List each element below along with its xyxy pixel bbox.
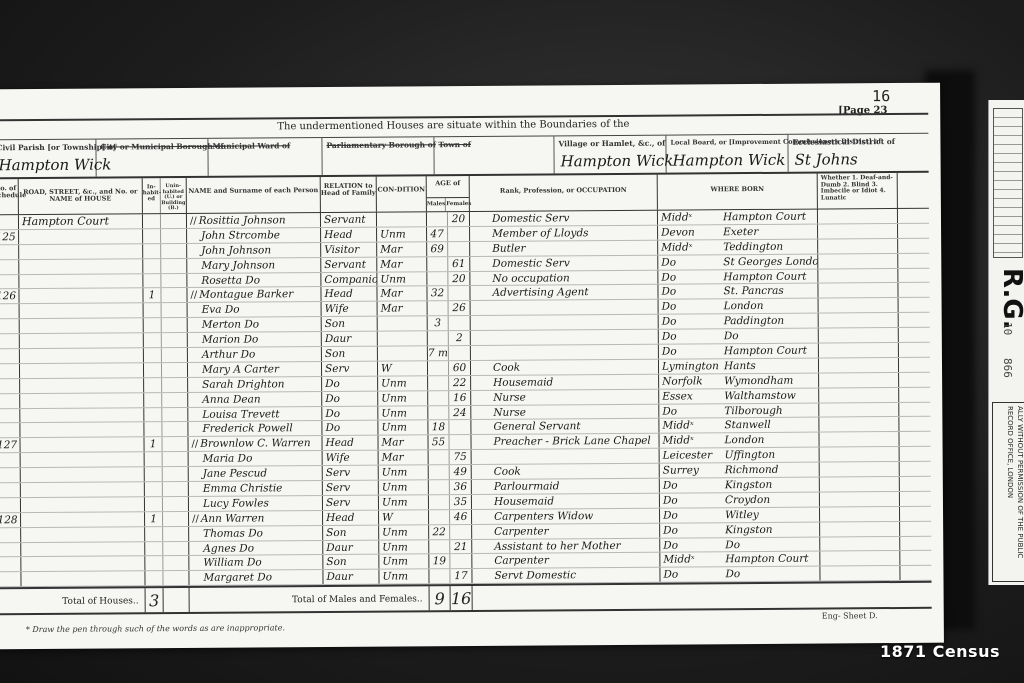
male-age-cell: 22	[429, 525, 450, 539]
name-cell: Merton Do	[188, 317, 322, 332]
male-age-cell: 3	[428, 316, 449, 330]
condition-cell: W	[379, 510, 429, 524]
total-houses-label-cell: Total of Houses..	[0, 588, 146, 613]
born-place: Kingston	[725, 479, 772, 491]
infirmity-cell	[820, 522, 900, 536]
occupation-cell: Nurse	[471, 389, 659, 404]
header-ecclesiastical-district: Ecclesiastical District of St Johns	[788, 134, 928, 172]
inhabited-cell: 1	[143, 289, 161, 303]
infirmity-cell	[818, 239, 898, 253]
schedule-cell: 128	[0, 513, 21, 527]
uninhabited-cell	[162, 408, 188, 422]
born-county: Essex	[662, 389, 724, 403]
name-cell: Thomas Do	[189, 526, 323, 541]
female-age-cell: 20	[448, 272, 470, 286]
blank-cell	[899, 402, 930, 416]
where-born-cell: DoTilborough	[659, 403, 819, 418]
blank-cell	[899, 373, 930, 387]
condition-cell: Unm	[377, 227, 427, 241]
schedule-cell	[0, 215, 19, 229]
occupation-cell: Assistant to her Mother	[472, 538, 660, 553]
born-place: Hampton Court	[725, 553, 808, 566]
occupation-cell	[471, 330, 659, 345]
condition-cell: Unm	[379, 480, 429, 494]
totals-row: Total of Houses.. 3 Total of Males and F…	[0, 581, 932, 616]
infirmity-cell	[820, 566, 900, 580]
household-divider-mark: //	[190, 290, 197, 301]
name-cell: William Do	[189, 555, 323, 570]
name-cell: Arthur Do	[188, 347, 322, 362]
total-persons-label-cell: Total of Males and Females..	[190, 586, 430, 612]
uninhabited-cell	[162, 318, 188, 332]
condition-cell	[378, 331, 428, 345]
condition-cell: Unm	[378, 391, 428, 405]
born-place: St Georges London	[723, 255, 818, 268]
female-age-cell	[450, 554, 472, 568]
where-born-cell: DoDo	[660, 537, 820, 552]
occupation-cell: Cook	[472, 464, 660, 479]
boundary-title: The undermentioned Houses are situate wi…	[277, 119, 629, 132]
schedule-cell	[0, 528, 21, 542]
relation-cell: Companion	[321, 272, 377, 286]
inhabited-cell	[145, 542, 163, 556]
road-cell	[19, 244, 143, 259]
where-born-cell: DoHampton Court	[658, 269, 818, 284]
schedule-cell	[0, 394, 20, 408]
where-born-cell: DoDo	[660, 567, 820, 582]
total-uninhabited	[164, 588, 190, 612]
blank-cell	[899, 298, 930, 312]
male-age-cell: 32	[427, 287, 448, 301]
female-age-cell: 61	[448, 257, 470, 271]
female-age-cell: 22	[449, 376, 471, 390]
condition-cell: Unm	[379, 570, 429, 584]
col-schedule: No. of Schedule	[0, 179, 19, 214]
road-cell	[21, 482, 145, 497]
road-cell	[21, 467, 145, 482]
inhabited-cell	[143, 244, 161, 258]
schedule-cell	[0, 543, 21, 557]
road-cell	[21, 572, 145, 587]
occupation-cell: Domestic Serv	[470, 211, 658, 226]
condition-cell: Unm	[378, 421, 428, 435]
schedule-cell	[0, 483, 21, 497]
relation-cell: Son	[322, 347, 378, 361]
relation-cell: Head	[322, 436, 378, 450]
female-age-cell	[449, 316, 471, 330]
schedule-cell	[0, 364, 20, 378]
uninhabited-cell	[162, 303, 188, 317]
born-county: Do	[663, 538, 725, 552]
road-cell: Hampton Court	[19, 214, 143, 229]
col-relation: RELATION to Head of Family	[321, 177, 377, 212]
road-cell	[21, 557, 145, 572]
blank-cell	[900, 566, 931, 580]
blank-cell	[900, 462, 931, 476]
relation-cell: Head	[321, 287, 377, 301]
col-inhabited: In-habit-ed	[143, 178, 161, 213]
blank-cell	[900, 536, 931, 550]
total-males: 9	[430, 586, 451, 610]
road-cell	[20, 378, 144, 393]
name-cell: //Montague Barker	[187, 287, 321, 302]
schedule-cell	[0, 453, 21, 467]
where-born-cell: MiddˣHampton Court	[660, 552, 820, 567]
header-local-board: Local Board, or [Improvement Commissione…	[666, 135, 788, 173]
occupation-cell: Cook	[471, 360, 659, 375]
born-county: Middˣ	[661, 240, 723, 254]
col-name: NAME and Surname of each Person	[187, 177, 321, 213]
relation-cell: Wife	[323, 451, 379, 465]
female-age-cell: 20	[448, 212, 470, 226]
female-age-cell: 49	[450, 465, 472, 479]
infirmity-cell	[819, 298, 899, 312]
road-cell	[19, 259, 143, 274]
condition-cell: Mar	[378, 436, 428, 450]
schedule-cell	[0, 319, 20, 333]
born-place: Do	[725, 539, 740, 551]
uninhabited-cell	[163, 556, 189, 570]
condition-cell: Mar	[377, 287, 427, 301]
male-age-cell	[427, 257, 448, 271]
road-cell	[21, 497, 145, 512]
male-age-cell: 18	[428, 421, 449, 435]
name-cell: Frederick Powell	[188, 421, 322, 436]
blank-cell	[898, 224, 929, 238]
inhabited-cell	[143, 259, 161, 273]
male-age-cell: 47	[427, 227, 448, 241]
condition-cell: Unm	[379, 465, 429, 479]
inhabited-cell	[143, 214, 161, 228]
location-header: Civil Parish [or Township] of Hampton Wi…	[0, 133, 929, 180]
name-cell: Jane Pescud	[189, 466, 323, 481]
condition-cell: Unm	[379, 540, 429, 554]
name-cell: Mary Johnson	[187, 258, 321, 273]
road-cell	[20, 333, 144, 348]
reference-class: 10	[1001, 322, 1014, 335]
schedule-cell	[0, 572, 22, 586]
male-age-cell	[429, 480, 450, 494]
born-place: Tilborough	[724, 404, 782, 416]
occupation-cell	[471, 300, 659, 315]
male-age-cell	[428, 301, 449, 315]
schedule-cell	[0, 304, 20, 318]
col-age: AGE of Males Females	[427, 176, 470, 211]
born-place: Do	[725, 568, 740, 580]
where-born-cell: DoHampton Court	[659, 344, 819, 359]
name-cell: Emma Christie	[189, 481, 323, 496]
male-age-cell: 55	[428, 435, 449, 449]
condition-cell: Unm	[378, 376, 428, 390]
where-born-cell: DoDo	[659, 329, 819, 344]
infirmity-cell	[820, 447, 900, 461]
born-place: Paddington	[724, 315, 785, 327]
born-county: Do	[661, 285, 723, 299]
born-county: Do	[662, 329, 724, 343]
schedule-cell	[0, 275, 19, 289]
occupation-cell: Advertising Agent	[470, 285, 658, 300]
infirmity-cell	[818, 254, 898, 268]
born-place: Croydon	[725, 494, 770, 506]
infirmity-cell	[818, 283, 898, 297]
name-cell: Anna Dean	[188, 392, 322, 407]
occupation-cell: Nurse	[471, 404, 659, 419]
female-age-cell	[449, 346, 471, 360]
occupation-cell: Preacher - Brick Lane Chapel	[471, 434, 659, 449]
name-cell: John Johnson	[187, 243, 321, 258]
infirmity-cell	[820, 477, 900, 491]
condition-cell: Mar	[377, 257, 427, 271]
schedule-cell	[0, 334, 20, 348]
header-village: Village or Hamlet, &c., of Hampton Wick	[554, 136, 666, 174]
occupation-cell: Housemaid	[472, 494, 660, 509]
where-born-cell: DoSt. Pancras	[658, 284, 818, 299]
name-cell: Maria Do	[189, 451, 323, 466]
uninhabited-cell	[161, 244, 187, 258]
col-occupation: Rank, Profession, or OCCUPATION	[470, 175, 658, 211]
inhabited-cell	[144, 363, 162, 377]
schedule-cell	[0, 498, 21, 512]
male-age-cell	[428, 361, 449, 375]
male-age-cell	[428, 406, 449, 420]
born-county: Lymington	[662, 359, 724, 373]
uninhabited-cell	[163, 512, 189, 526]
relation-cell: Servant	[321, 257, 377, 271]
blank-cell	[899, 358, 930, 372]
header-parliamentary-borough: Parliamentary Borough of	[322, 137, 434, 175]
road-cell	[21, 527, 145, 542]
condition-cell: Unm	[377, 272, 427, 286]
female-age-cell: 16	[449, 391, 471, 405]
born-county: Do	[662, 404, 724, 418]
born-county: Middˣ	[661, 210, 723, 224]
inhabited-cell	[145, 557, 163, 571]
uninhabited-cell	[161, 274, 187, 288]
female-age-cell	[449, 420, 471, 434]
uninhabited-cell	[162, 393, 188, 407]
born-county: Middˣ	[662, 434, 724, 448]
female-age-cell: 46	[450, 510, 472, 524]
name-cell: Sarah Drighton	[188, 377, 322, 392]
born-county: Do	[662, 300, 724, 314]
schedule-cell	[0, 424, 20, 438]
where-born-cell: DoWitley	[660, 507, 820, 522]
occupation-cell	[471, 315, 659, 330]
male-age-cell	[429, 495, 450, 509]
where-born-cell: DoKingston	[660, 478, 820, 493]
blank-cell	[900, 492, 931, 506]
infirmity-cell	[819, 328, 899, 342]
relation-cell: Serv	[323, 481, 379, 495]
road-cell	[21, 512, 145, 527]
relation-cell: Serv	[323, 466, 379, 480]
total-persons-label: Total of Males and Females..	[292, 594, 423, 605]
relation-cell: Son	[322, 317, 378, 331]
header-municipal-borough: City or Municipal Borough of	[96, 139, 208, 177]
name-cell: Agnes Do	[189, 541, 323, 556]
born-place: Teddington	[723, 241, 783, 253]
where-born-cell: MiddˣStanwell	[659, 418, 819, 433]
male-age-cell	[428, 331, 449, 345]
female-age-cell: 17	[450, 569, 472, 583]
relation-cell: Son	[323, 555, 379, 569]
schedule-cell	[0, 558, 21, 572]
born-place: London	[724, 434, 764, 446]
uninhabited-cell	[162, 348, 188, 362]
name-cell: Marion Do	[188, 332, 322, 347]
male-age-cell	[429, 450, 450, 464]
occupation-cell: Carpenter	[472, 553, 660, 568]
condition-cell: Unm	[379, 495, 429, 509]
uninhabited-cell	[163, 452, 189, 466]
inhabited-cell	[145, 452, 163, 466]
born-county: Do	[663, 478, 725, 492]
uninhabited-cell	[161, 259, 187, 273]
infirmity-cell	[819, 432, 899, 446]
male-age-cell	[429, 570, 450, 584]
road-cell	[19, 229, 143, 244]
relation-cell: Do	[322, 376, 378, 390]
infirmity-cell	[820, 492, 900, 506]
inhabited-cell	[145, 467, 163, 481]
infirmity-cell	[820, 507, 900, 521]
male-age-cell: 19	[429, 555, 450, 569]
schedule-cell	[0, 260, 19, 274]
inhabited-cell	[143, 274, 161, 288]
road-cell	[20, 423, 144, 438]
sheet-id: Eng- Sheet D.	[822, 611, 878, 620]
col-where-born: WHERE BORN	[658, 174, 818, 210]
born-place: Richmond	[725, 464, 779, 476]
schedule-cell: 127	[0, 438, 21, 452]
infirmity-cell	[819, 388, 899, 402]
female-age-cell: 35	[450, 495, 472, 509]
header-town: Town of	[434, 136, 554, 174]
total-blank	[473, 583, 932, 610]
schedule-cell	[0, 245, 19, 259]
male-age-cell	[429, 510, 450, 524]
road-cell	[20, 348, 144, 363]
inhabited-cell	[144, 423, 162, 437]
female-age-cell	[450, 525, 472, 539]
name-cell: John Strcombe	[187, 228, 321, 243]
condition-cell: Mar	[379, 451, 429, 465]
where-born-cell: SurreyRichmond	[660, 463, 820, 478]
born-county: Devon	[661, 225, 723, 239]
condition-cell	[377, 212, 427, 226]
road-cell	[20, 363, 144, 378]
where-born-cell: LymingtonHants	[659, 358, 819, 373]
female-age-cell: 26	[449, 301, 471, 315]
census-rows: Hampton Court//Rosittia JohnsonServant20…	[0, 209, 932, 588]
female-age-cell: 24	[449, 406, 471, 420]
inhabited-cell	[143, 229, 161, 243]
total-houses-value: 3	[146, 588, 164, 612]
road-cell	[19, 274, 143, 289]
female-age-cell	[448, 242, 470, 256]
uninhabited-cell	[161, 229, 187, 243]
born-place: Wymondham	[724, 375, 793, 387]
where-born-cell: MiddˣHampton Court	[658, 210, 818, 225]
uninhabited-cell	[161, 288, 187, 302]
female-age-cell	[448, 227, 470, 241]
where-born-cell: DoKingston	[660, 522, 820, 537]
born-county: Norfolk	[662, 374, 724, 388]
relation-cell: Do	[322, 421, 378, 435]
occupation-cell: Member of Lloyds	[470, 226, 658, 241]
uninhabited-cell	[162, 333, 188, 347]
infirmity-cell	[819, 403, 899, 417]
inhabited-cell: 1	[145, 512, 163, 526]
uninhabited-cell	[162, 378, 188, 392]
condition-cell	[378, 346, 428, 360]
header-municipal-ward: Municipal Ward of	[208, 138, 322, 176]
male-age-cell: 7 mo	[428, 346, 449, 360]
born-county: Do	[663, 508, 725, 522]
col-age-label: AGE of	[427, 176, 469, 198]
uninhabited-cell	[163, 467, 189, 481]
born-place: St. Pancras	[723, 285, 783, 297]
where-born-cell: EssexWalthamstow	[659, 388, 819, 403]
name-cell: Rosetta Do	[187, 273, 321, 288]
born-county: Do	[663, 568, 725, 582]
infirmity-cell	[820, 462, 900, 476]
inhabited-cell	[145, 572, 163, 586]
road-cell	[20, 438, 144, 453]
relation-cell: Daur	[323, 570, 379, 584]
uninhabited-cell	[161, 214, 187, 228]
blank-cell	[900, 507, 931, 521]
female-age-cell: 2	[449, 331, 471, 345]
name-cell: Lucy Fowles	[189, 496, 323, 511]
occupation-cell: Carpenter	[472, 523, 660, 538]
born-county: Middˣ	[662, 419, 724, 433]
born-county: Do	[662, 314, 724, 328]
col-uninhabited: Unin-habited (U.) or Building (B.)	[161, 178, 187, 213]
col-males: Males	[427, 198, 446, 211]
schedule-cell	[0, 468, 21, 482]
inhabited-cell: 1	[144, 437, 162, 451]
relation-cell: Do	[322, 391, 378, 405]
blank-cell	[898, 283, 929, 297]
relation-cell: Daur	[322, 332, 378, 346]
occupation-cell: Servt Domestic	[472, 568, 660, 583]
relation-cell: Servant	[321, 213, 377, 227]
blank-cell	[900, 477, 931, 491]
infirmity-cell	[820, 551, 900, 565]
occupation-cell: General Servant	[471, 419, 659, 434]
name-cell: Eva Do	[188, 302, 322, 317]
born-place: Hampton Court	[723, 211, 806, 224]
blank-cell	[900, 521, 931, 535]
image-viewer: 16 [Page 23 The undermentioned Houses ar…	[0, 0, 1024, 683]
where-born-cell: DoLondon	[659, 299, 819, 314]
male-age-cell	[427, 212, 448, 226]
copyright-notice: ALLY WITHOUT PERMISSION OF THE PUBLIC RE…	[992, 402, 1024, 582]
blank-cell	[900, 447, 931, 461]
col-infirmity: Whether 1. Deaf-and-Dumb 2. Blind 3. Imb…	[818, 173, 898, 209]
blank-cell	[899, 432, 930, 446]
where-born-cell: NorfolkWymondham	[659, 373, 819, 388]
born-place: London	[724, 300, 764, 312]
born-county: Middˣ	[663, 553, 725, 567]
born-county: Surrey	[663, 463, 725, 477]
name-cell: Margaret Do	[189, 570, 323, 585]
where-born-cell: DoSt Georges London	[658, 254, 818, 269]
inhabited-cell	[144, 378, 162, 392]
road-cell	[20, 304, 144, 319]
relation-cell: Serv	[322, 362, 378, 376]
